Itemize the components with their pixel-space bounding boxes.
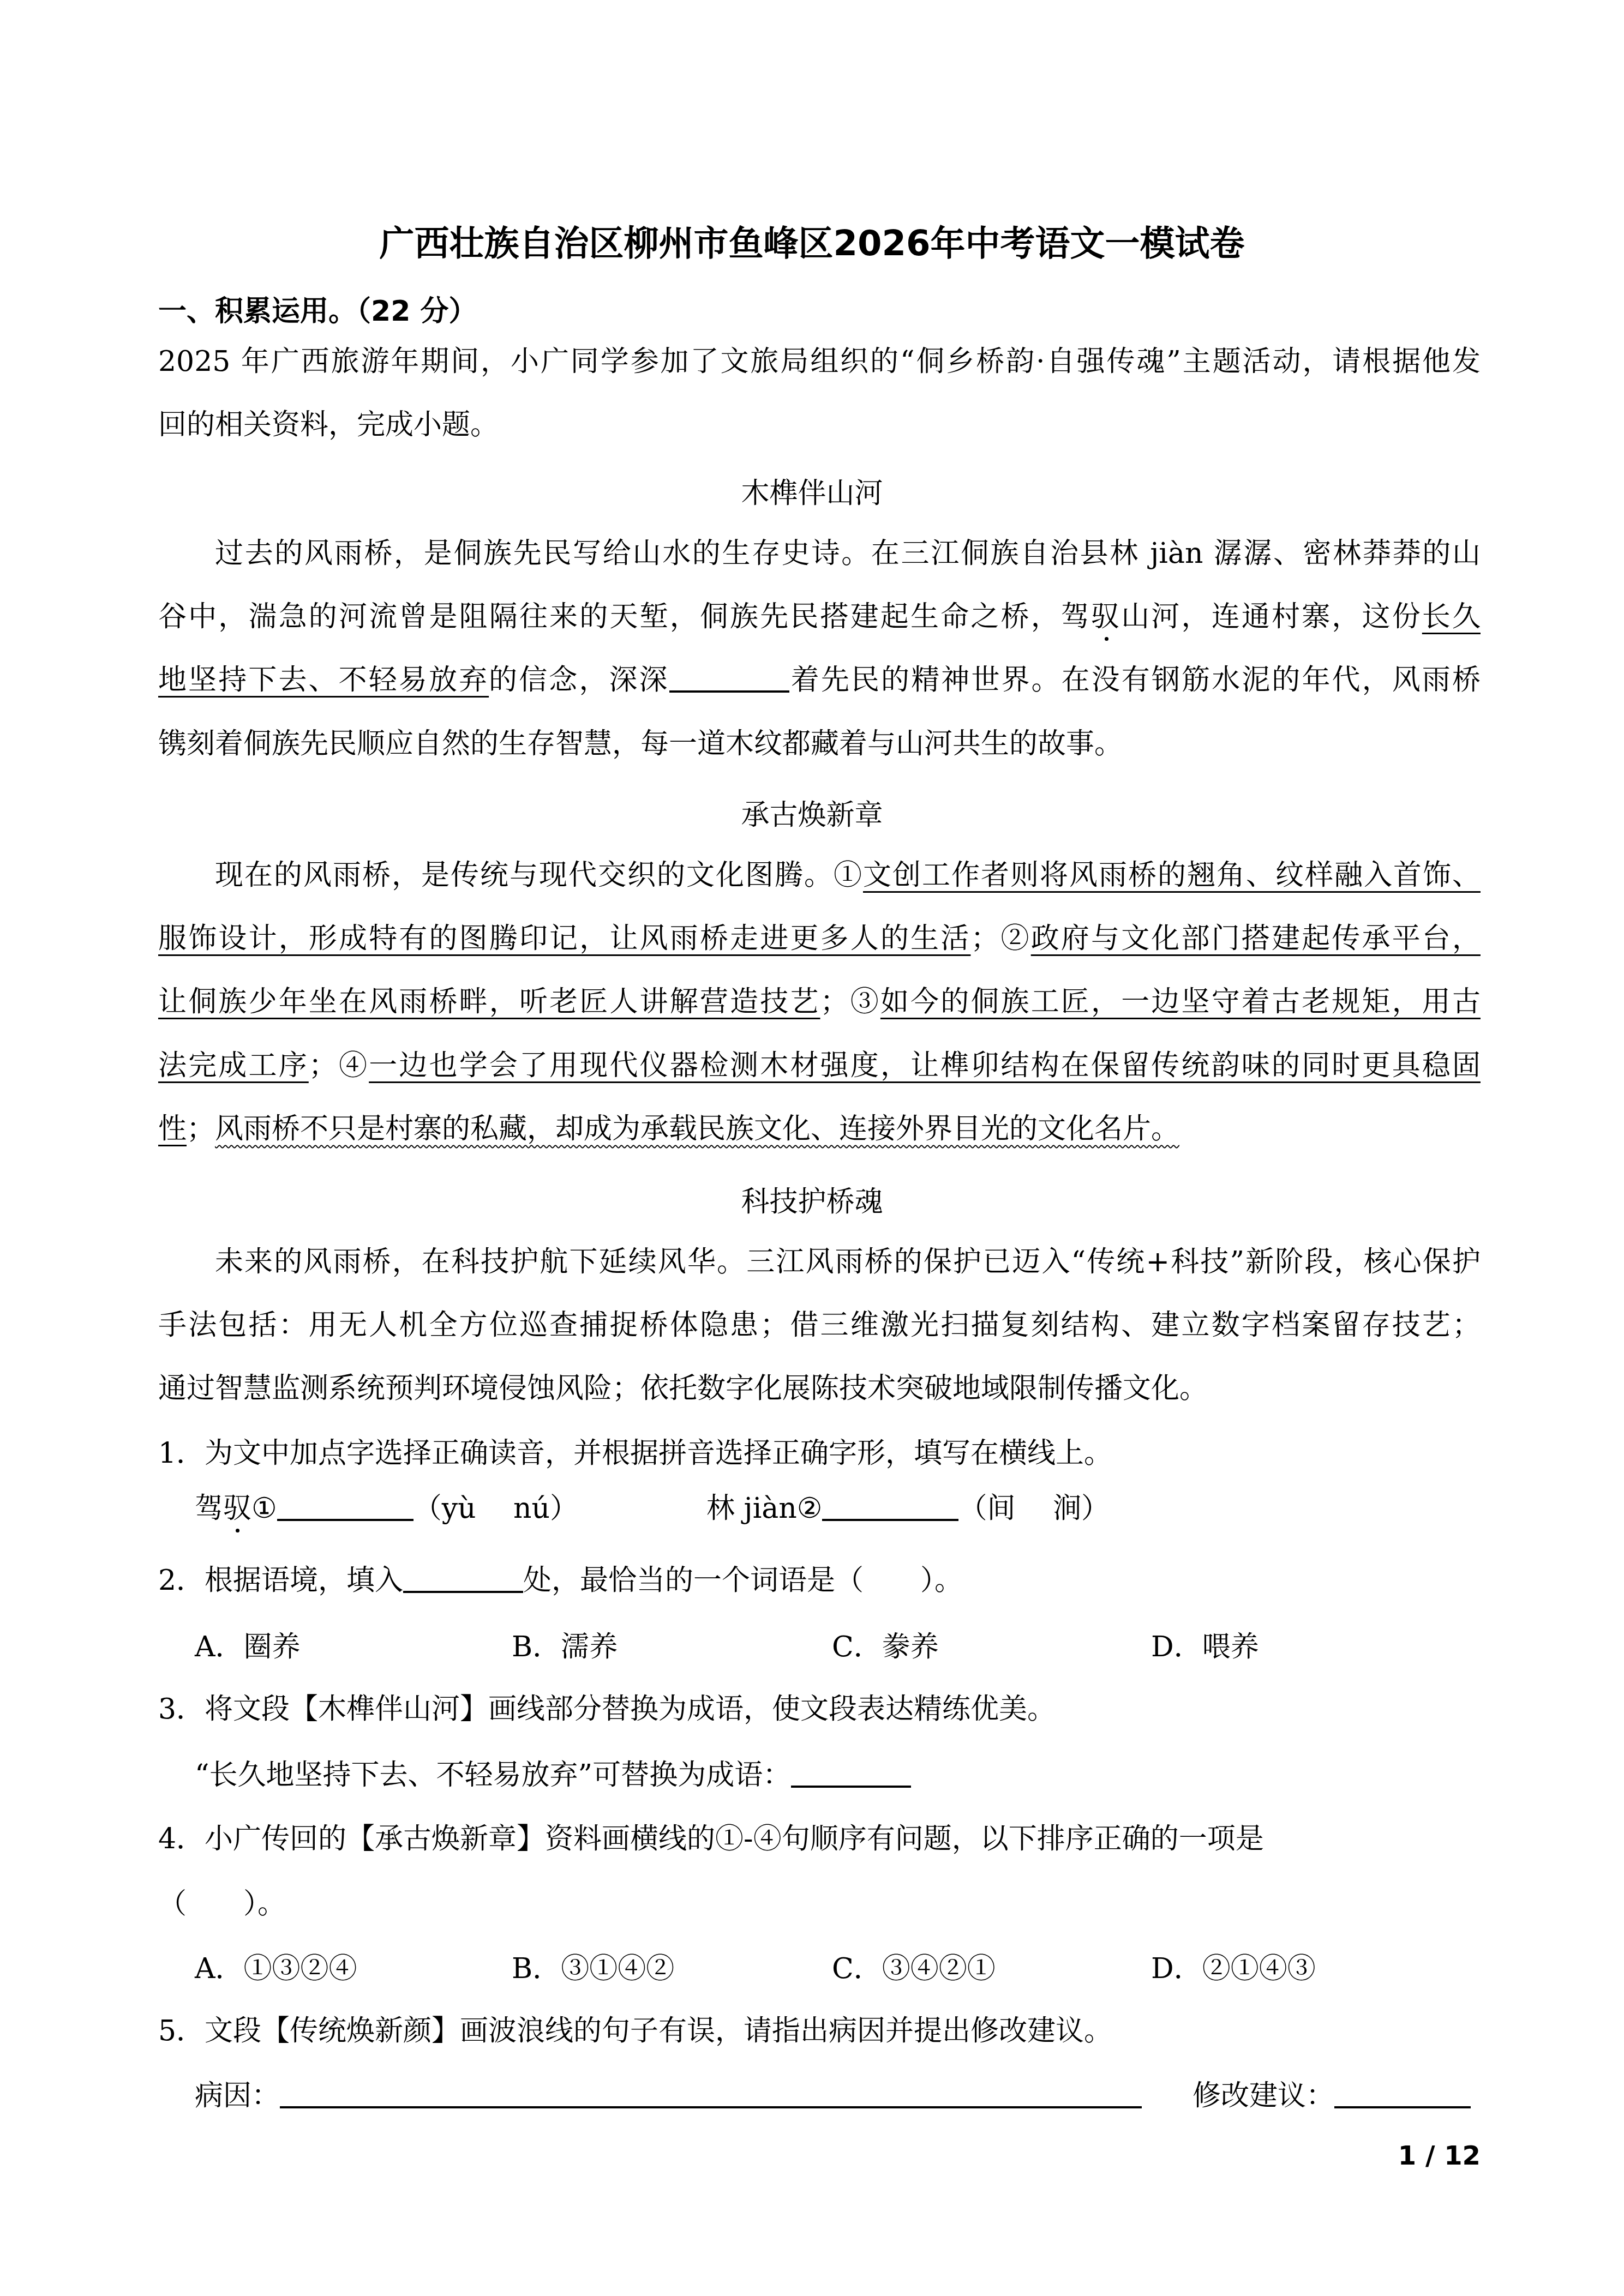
- q4-option-b[interactable]: B．③①④②: [512, 1945, 674, 1986]
- q5-stem: 5．文段【传统焕新颜】画波浪线的句子有误，请指出病因并提出修改建议。: [158, 2009, 1481, 2053]
- part3-line-2: 手法包括：用无人机全方位巡查捕捉桥体隐患；借三维激光扫描复刻结构、建立数字档案留…: [158, 1303, 1481, 1347]
- q4-option-d[interactable]: D．②①④③: [1151, 1945, 1316, 1986]
- q2-blank-ref: [403, 1560, 523, 1593]
- cause-label: 病因：: [195, 2079, 280, 2112]
- text: 着先民的精神世界。在没有钢筋水泥的年代，风雨桥: [789, 664, 1481, 696]
- underlined-text: 文创工作者则将风雨桥的翘角、纹样融入首饰、: [863, 859, 1481, 892]
- q2-option-c[interactable]: C．豢养: [832, 1624, 939, 1664]
- text: ；②: [970, 922, 1030, 955]
- idiom-answer-blank[interactable]: [791, 1755, 911, 1788]
- underlined-text: 如今的侗族工匠，一边坚守着古老规矩，用古: [880, 985, 1481, 1018]
- text: 现在的风雨桥，是传统与现代交织的文化图腾。①: [215, 859, 863, 892]
- part1-heading: 木榫伴山河: [0, 470, 1624, 511]
- wavy-underlined-sentence: 风雨桥不只是村寨的私藏，却成为承载民族文化、连接外界目光的文化名片。: [215, 1113, 1179, 1145]
- suggest-label: 修改建议：: [1192, 2079, 1334, 2112]
- q2-stem: 2．根据语境，填入处，最恰当的一个词语是（ ）。: [158, 1559, 1481, 1602]
- q3-sub: “长久地坚持下去、不轻易放弃”可替换为成语：: [195, 1753, 1517, 1797]
- text: 处，最恰当的一个词语是（ ）。: [523, 1564, 963, 1597]
- part2-line-2: 服饰设计，形成特有的图腾印记，让风雨桥走进更多人的生活；②政府与文化部门搭建起传…: [158, 917, 1481, 960]
- suggest-answer-blank[interactable]: [1334, 2076, 1471, 2108]
- text: 的信念，深深: [489, 664, 669, 696]
- part2-line-3: 让侗族少年坐在风雨桥畔，听老匠人讲解营造技艺；③如今的侗族工匠，一边坚守着古老规…: [158, 980, 1481, 1024]
- page-number: 1 / 12: [1398, 2141, 1481, 2171]
- text: ；: [187, 1113, 215, 1145]
- char-choices: （间 涧）: [958, 1492, 1110, 1525]
- answer-blank-1[interactable]: [277, 1488, 414, 1521]
- text: 山河，连通村寨，这份: [1121, 600, 1422, 633]
- part2-line-5: 性；风雨桥不只是村寨的私藏，却成为承载民族文化、连接外界目光的文化名片。: [158, 1107, 1481, 1151]
- q2-option-b[interactable]: B．濡养: [512, 1624, 618, 1664]
- q3-stem: 3．将文段【木榫伴山河】画线部分替换为成语，使文段表达精练优美。: [158, 1687, 1481, 1731]
- intro-line-1: 2025 年广西旅游年期间，小广同学参加了文旅局组织的“侗乡桥韵·自强传魂”主题…: [158, 340, 1481, 383]
- answer-blank-2[interactable]: [822, 1488, 958, 1521]
- underlined-text: 长久: [1422, 600, 1481, 633]
- underlined-text: 性: [158, 1113, 187, 1145]
- page-title: 广西壮族自治区柳州市鱼峰区2026年中考语文一模试卷: [0, 215, 1624, 266]
- section-heading: 一、积累运用。（22 分）: [158, 288, 477, 329]
- text: ；③: [820, 985, 880, 1018]
- part1-line-3: 地坚持下去、不轻易放弃的信念，深深着先民的精神世界。在没有钢筋水泥的年代，风雨桥: [158, 658, 1481, 702]
- text: “长久地坚持下去、不轻易放弃”可替换为成语：: [195, 1759, 791, 1792]
- q4-stem: 4．小广传回的【承古焕新章】资料画横线的①-④句顺序有问题，以下排序正确的一项是: [158, 1817, 1481, 1861]
- underlined-text: 法完成工序: [158, 1049, 309, 1082]
- part1-line-2: 谷中，湍急的河流曾是阻隔往来的天堑，侗族先民搭建起生命之桥，驾驭山河，连通村寨，…: [158, 595, 1481, 639]
- q1-item-b: 林 jiàn②（间 涧）: [706, 1487, 1624, 1530]
- part3-heading: 科技护桥魂: [0, 1179, 1624, 1219]
- cause-answer-blank[interactable]: [280, 2076, 1142, 2108]
- part1-line-4: 镌刻着侗族先民顺应自然的生存智慧，每一道木纹都藏着与山河共生的故事。: [158, 722, 1481, 766]
- underlined-text: 服饰设计，形成特有的图腾印记，让风雨桥走进更多人的生活: [158, 922, 970, 955]
- text: 林 jiàn②: [706, 1492, 822, 1525]
- underlined-text: 政府与文化部门搭建起传承平台，: [1031, 922, 1481, 955]
- q2-option-d[interactable]: D．喂养: [1151, 1624, 1259, 1664]
- dotted-char: 驭: [223, 1492, 251, 1525]
- part3-line-3: 通过智慧监测系统预判环境侵蚀风险；依托数字化展陈技术突破地域限制传播文化。: [158, 1367, 1481, 1410]
- part3-line-1: 未来的风雨桥，在科技护航下延续风华。三江风雨桥的保护已迈入“传统+科技”新阶段，…: [158, 1240, 1481, 1284]
- part2-heading: 承古焕新章: [0, 792, 1624, 833]
- text: 谷中，湍急的河流曾是阻隔往来的天堑，侗族先民搭建起生命之桥，驾: [158, 600, 1091, 633]
- underlined-text: 让侗族少年坐在风雨桥畔，听老匠人讲解营造技艺: [158, 985, 820, 1018]
- circled-number: ①: [251, 1492, 277, 1525]
- fill-blank[interactable]: [669, 660, 789, 693]
- text: 2．根据语境，填入: [158, 1564, 403, 1597]
- part2-line-4: 法完成工序；④一边也学会了用现代仪器检测木材强度，让榫卯结构在保留传统韵味的同时…: [158, 1044, 1481, 1087]
- q4-stem-cont: （ ）。: [158, 1882, 1481, 1926]
- underlined-text: 一边也学会了用现代仪器检测木材强度，让榫卯结构在保留传统韵味的同时更具稳固: [369, 1049, 1481, 1082]
- dotted-char: 驭: [1091, 600, 1121, 633]
- q5-suggest: 修改建议：: [1192, 2074, 1471, 2118]
- text: ；④: [309, 1049, 369, 1082]
- q4-option-a[interactable]: A．①③②④: [195, 1945, 357, 1986]
- underlined-text: 地坚持下去、不轻易放弃: [158, 664, 489, 696]
- text: 驾: [195, 1492, 223, 1525]
- part1-line-1: 过去的风雨桥，是侗族先民写给山水的生存史诗。在三江侗族自治县林 jiàn 潺潺、…: [158, 532, 1481, 575]
- intro-line-2: 回的相关资料，完成小题。: [158, 403, 1481, 447]
- q2-option-a[interactable]: A．圈养: [195, 1624, 301, 1664]
- part2-line-1: 现在的风雨桥，是传统与现代交织的文化图腾。①文创工作者则将风雨桥的翘角、纹样融入…: [158, 854, 1481, 897]
- q4-option-c[interactable]: C．③④②①: [832, 1945, 996, 1986]
- q1-stem: 1．为文中加点字选择正确读音，并根据拼音选择正确字形，填写在横线上。: [158, 1432, 1481, 1475]
- pinyin-choices: （yù nú）: [414, 1492, 578, 1525]
